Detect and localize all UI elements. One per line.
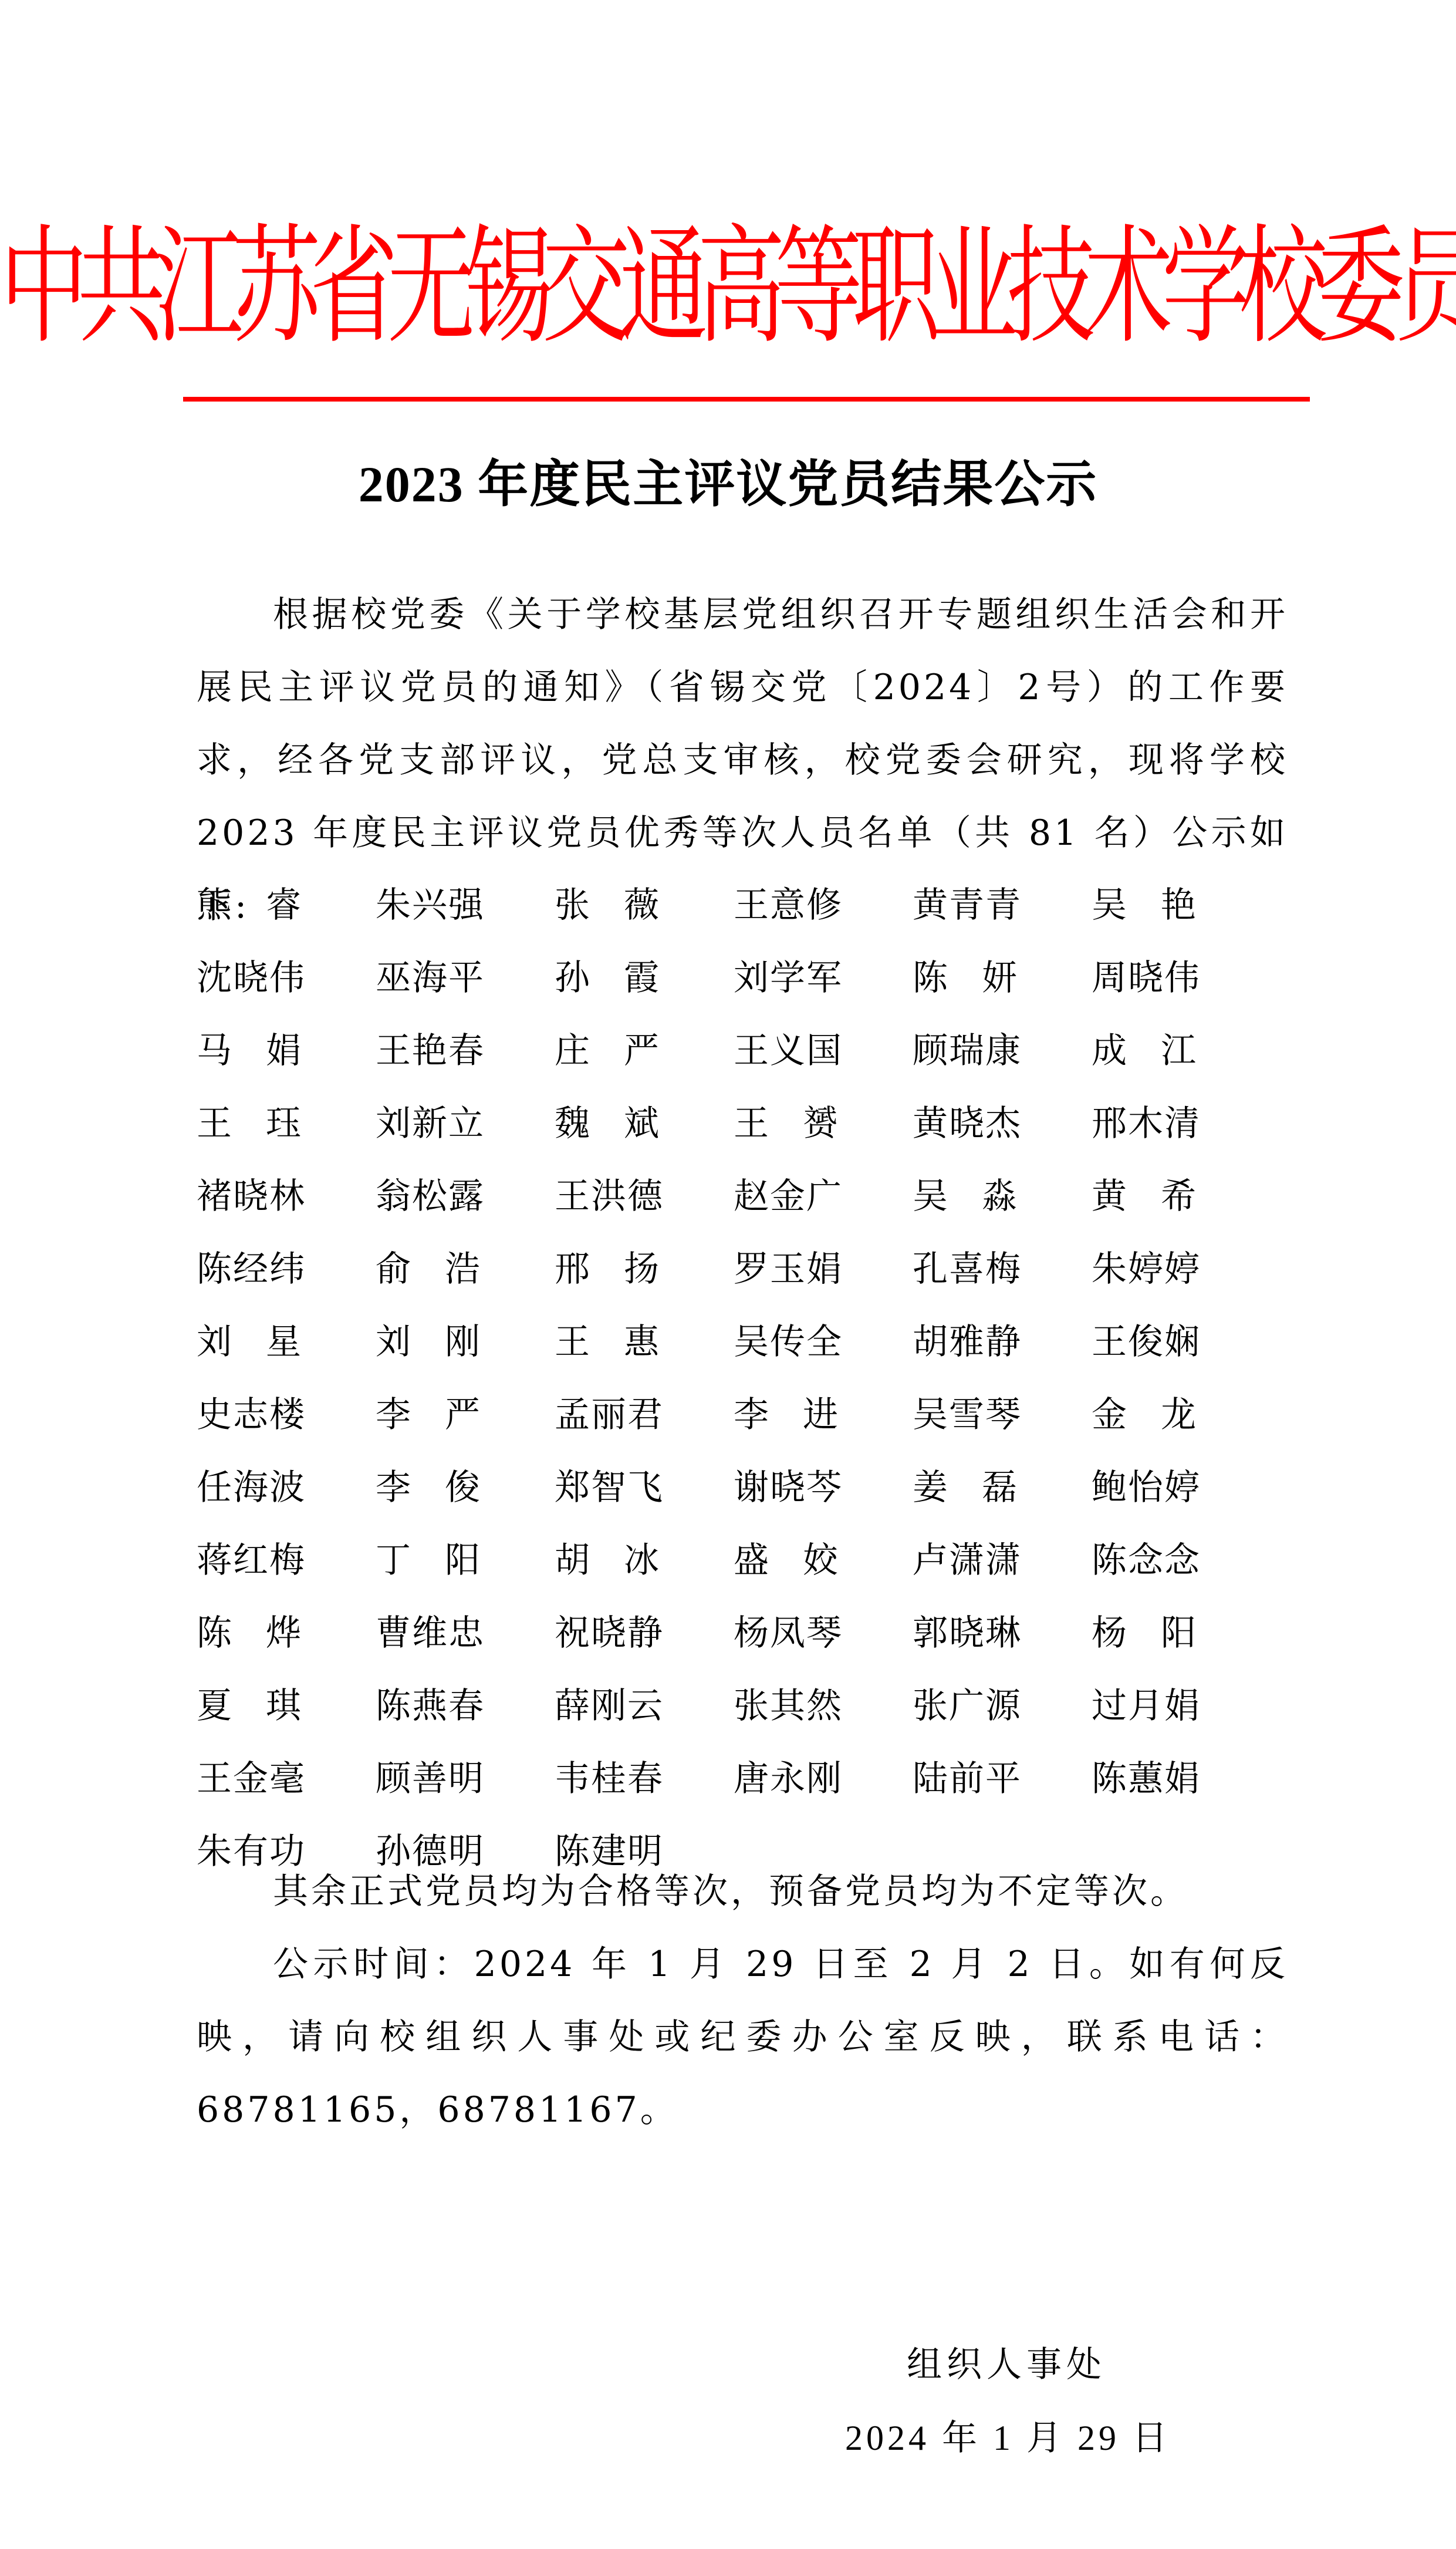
member-name: 黄青青 [913,877,1092,928]
member-name-text: 杨阳 [1092,1605,1197,1655]
member-name-text: 吴传全 [734,1314,839,1364]
member-name-text: 王艳春 [376,1023,481,1073]
member-name: 陈烨 [197,1605,376,1655]
member-name: 孔喜梅 [913,1241,1092,1292]
member-name-text: 顾瑞康 [913,1023,1018,1073]
member-name: 张薇 [555,877,734,928]
member-name: 黄希 [1092,1168,1271,1219]
member-name: 熊睿 [197,877,376,928]
member-name-text: 过月娟 [1092,1678,1197,1728]
member-name: 马娟 [197,1023,376,1073]
member-name: 过月娟 [1092,1678,1271,1728]
member-name-text: 王意修 [734,877,839,928]
member-name: 周晓伟 [1092,950,1271,1000]
member-name: 鲍怡婷 [1092,1459,1271,1510]
member-name-text: 朱婷婷 [1092,1241,1197,1292]
member-name-text: 顾善明 [376,1751,481,1801]
member-name-text: 薛刚云 [555,1678,660,1728]
member-name: 张其然 [734,1678,913,1728]
member-name: 杨凤琴 [734,1605,913,1655]
member-name-text: 罗玉娟 [734,1241,839,1292]
member-name-text: 孔喜梅 [913,1241,1018,1292]
member-name-text: 李俊 [376,1459,481,1510]
member-name: 顾善明 [376,1751,555,1801]
member-name-text: 祝晓静 [555,1605,660,1655]
names-row: 褚晓林翁松露王洪德赵金广吴淼黄希 [197,1157,1312,1230]
member-name: 吴艳 [1092,877,1271,928]
member-name: 巫海平 [376,950,555,1000]
member-name: 王艳春 [376,1023,555,1073]
member-name: 褚晓林 [197,1168,376,1219]
member-name: 陈妍 [913,950,1092,1000]
member-name: 成江 [1092,1023,1271,1073]
member-name: 王珏 [197,1095,376,1146]
member-name-text: 陈蕙娟 [1092,1751,1197,1801]
letterhead-divider [183,397,1310,402]
member-name-text: 孙霞 [555,950,660,1000]
member-name: 李严 [376,1387,555,1437]
member-name: 陈念念 [1092,1532,1271,1583]
member-name-text: 邢扬 [555,1241,660,1292]
member-name: 史志楼 [197,1387,376,1437]
member-name: 魏斌 [555,1095,734,1146]
member-name: 陆前平 [913,1751,1092,1801]
member-name: 邢扬 [555,1241,734,1292]
member-name: 顾瑞康 [913,1023,1092,1073]
member-name-text: 李严 [376,1387,481,1437]
member-name: 李俊 [376,1459,555,1510]
names-row: 沈晓伟巫海平孙霞刘学军陈妍周晓伟 [197,939,1312,1011]
remaining-members-note: 其余正式党员均为合格等次，预备党员均为不定等次。 [197,1855,1288,1928]
names-list: 熊睿朱兴强张薇王意修黄青青吴艳沈晓伟巫海平孙霞刘学军陈妍周晓伟马娟王艳春庄严王义… [197,866,1312,1885]
member-name-text: 王洪德 [555,1168,660,1219]
member-name: 王洪德 [555,1168,734,1219]
member-name-text: 褚晓林 [197,1168,302,1219]
member-name-text: 王赟 [734,1095,839,1146]
member-name-text: 鲍怡婷 [1092,1459,1197,1510]
member-name: 丁阳 [376,1532,555,1583]
member-name-text: 韦桂春 [555,1751,660,1801]
member-name: 曹维忠 [376,1605,555,1655]
member-name-text: 吴雪琴 [913,1387,1018,1437]
member-name: 胡冰 [555,1532,734,1583]
member-name: 朱兴强 [376,877,555,928]
member-name-text: 魏斌 [555,1095,660,1146]
member-name: 韦桂春 [555,1751,734,1801]
member-name: 陈经纬 [197,1241,376,1292]
member-name: 王义国 [734,1023,913,1073]
names-row: 史志楼李严孟丽君李进吴雪琴金龙 [197,1375,1312,1448]
publicity-period-note: 公示时间：2024 年 1 月 29 日至 2 月 2 日。如有何反映，请向校组… [197,1928,1288,2146]
member-name-text: 陈念念 [1092,1532,1197,1583]
member-name-text: 王惠 [555,1314,660,1364]
member-name-text: 卢潇潇 [913,1532,1018,1583]
member-name-text: 孟丽君 [555,1387,660,1437]
member-name-text: 刘星 [197,1314,302,1364]
names-row: 刘星刘刚王惠吴传全胡雅静王俊娴 [197,1303,1312,1375]
member-name-text: 陈烨 [197,1605,302,1655]
member-name-text: 谢晓芩 [734,1459,839,1510]
member-name-text: 郑智飞 [555,1459,660,1510]
names-row: 蒋红梅丁阳胡冰盛姣卢潇潇陈念念 [197,1521,1312,1594]
member-name-text: 姜磊 [913,1459,1018,1510]
member-name: 王意修 [734,877,913,928]
member-name-text: 成江 [1092,1023,1197,1073]
member-name-text: 朱兴强 [376,877,481,928]
member-name-text: 邢木清 [1092,1095,1197,1146]
member-name-text: 郭晓琳 [913,1605,1018,1655]
names-row: 熊睿朱兴强张薇王意修黄青青吴艳 [197,866,1312,939]
member-name: 陈燕春 [376,1678,555,1728]
member-name-text: 胡冰 [555,1532,660,1583]
member-name: 刘学军 [734,950,913,1000]
names-row: 夏琪陈燕春薛刚云张其然张广源过月娟 [197,1667,1312,1739]
member-name-text: 丁阳 [376,1532,481,1583]
member-name-text: 刘刚 [376,1314,481,1364]
member-name: 吴雪琴 [913,1387,1092,1437]
member-name-text: 陈燕春 [376,1678,481,1728]
member-name-text: 王金毫 [197,1751,302,1801]
member-name: 卢潇潇 [913,1532,1092,1583]
member-name: 沈晓伟 [197,950,376,1000]
member-name-text: 赵金广 [734,1168,839,1219]
document-title: 2023 年度民主评议党员结果公示 [0,452,1456,517]
member-name: 刘刚 [376,1314,555,1364]
member-name: 祝晓静 [555,1605,734,1655]
member-name-text: 刘学军 [734,950,839,1000]
member-name: 李进 [734,1387,913,1437]
names-row: 王珏刘新立魏斌王赟黄晓杰邢木清 [197,1084,1312,1157]
signature-date: 2024 年 1 月 29 日 [845,2410,1171,2460]
member-name-text: 翁松露 [376,1168,481,1219]
member-name-text: 陈经纬 [197,1241,302,1292]
member-name: 蒋红梅 [197,1532,376,1583]
member-name-text: 唐永刚 [734,1751,839,1801]
member-name: 孟丽君 [555,1387,734,1437]
member-name-text: 王义国 [734,1023,839,1073]
member-name-text: 曹维忠 [376,1605,481,1655]
member-name: 王惠 [555,1314,734,1364]
member-name: 刘新立 [376,1095,555,1146]
member-name: 王赟 [734,1095,913,1146]
member-name: 杨阳 [1092,1605,1271,1655]
names-row: 陈烨曹维忠祝晓静杨凤琴郭晓琳杨阳 [197,1594,1312,1667]
member-name: 谢晓芩 [734,1459,913,1510]
signature-org: 组织人事处 [907,2336,1106,2387]
member-name-text: 蒋红梅 [197,1532,302,1583]
names-row: 马娟王艳春庄严王义国顾瑞康成江 [197,1011,1312,1084]
member-name: 邢木清 [1092,1095,1271,1146]
member-name-text: 刘新立 [376,1095,481,1146]
member-name-text: 马娟 [197,1023,302,1073]
member-name: 刘星 [197,1314,376,1364]
member-name: 郭晓琳 [913,1605,1092,1655]
member-name-text: 王俊娴 [1092,1314,1197,1364]
member-name-text: 金龙 [1092,1387,1197,1437]
member-name: 金龙 [1092,1387,1271,1437]
member-name-text: 夏琪 [197,1678,302,1728]
member-name: 吴传全 [734,1314,913,1364]
member-name-text: 盛姣 [734,1532,839,1583]
member-name: 罗玉娟 [734,1241,913,1292]
member-name-text: 张广源 [913,1678,1018,1728]
member-name: 朱婷婷 [1092,1241,1271,1292]
member-name-text: 黄晓杰 [913,1095,1018,1146]
member-name-text: 吴淼 [913,1168,1018,1219]
member-name-text: 黄希 [1092,1168,1197,1219]
member-name: 翁松露 [376,1168,555,1219]
member-name: 胡雅静 [913,1314,1092,1364]
member-name: 王俊娴 [1092,1314,1271,1364]
member-name-text: 陆前平 [913,1751,1018,1801]
member-name-text: 吴艳 [1092,877,1197,928]
member-name: 孙霞 [555,950,734,1000]
member-name-text: 周晓伟 [1092,950,1197,1000]
names-row: 王金毫顾善明韦桂春唐永刚陆前平陈蕙娟 [197,1739,1312,1812]
member-name: 唐永刚 [734,1751,913,1801]
member-name: 夏琪 [197,1678,376,1728]
member-name: 庄严 [555,1023,734,1073]
member-name: 赵金广 [734,1168,913,1219]
member-name-text: 俞浩 [376,1241,481,1292]
member-name: 盛姣 [734,1532,913,1583]
member-name: 王金毫 [197,1751,376,1801]
member-name-text: 黄青青 [913,877,1018,928]
member-name-text: 杨凤琴 [734,1605,839,1655]
member-name: 薛刚云 [555,1678,734,1728]
member-name-text: 沈晓伟 [197,950,302,1000]
member-name: 任海波 [197,1459,376,1510]
member-name-text: 巫海平 [376,950,481,1000]
member-name-text: 张薇 [555,877,660,928]
member-name: 姜磊 [913,1459,1092,1510]
names-row: 任海波李俊郑智飞谢晓芩姜磊鲍怡婷 [197,1448,1312,1521]
member-name-text: 熊睿 [197,877,302,928]
member-name-text: 李进 [734,1387,839,1437]
member-name: 吴淼 [913,1168,1092,1219]
member-name: 郑智飞 [555,1459,734,1510]
member-name: 俞浩 [376,1241,555,1292]
member-name: 张广源 [913,1678,1092,1728]
names-row: 陈经纬俞浩邢扬罗玉娟孔喜梅朱婷婷 [197,1230,1312,1303]
member-name: 黄晓杰 [913,1095,1092,1146]
issuer-letterhead: 中共江苏省无锡交通高等职业技术学校委员会 [0,194,1456,381]
member-name: 陈蕙娟 [1092,1751,1271,1801]
member-name-text: 陈妍 [913,950,1018,1000]
member-name-text: 张其然 [734,1678,839,1728]
member-name-text: 任海波 [197,1459,302,1510]
member-name-text: 史志楼 [197,1387,302,1437]
member-name-text: 胡雅静 [913,1314,1018,1364]
member-name-text: 庄严 [555,1023,660,1073]
member-name-text: 王珏 [197,1095,302,1146]
